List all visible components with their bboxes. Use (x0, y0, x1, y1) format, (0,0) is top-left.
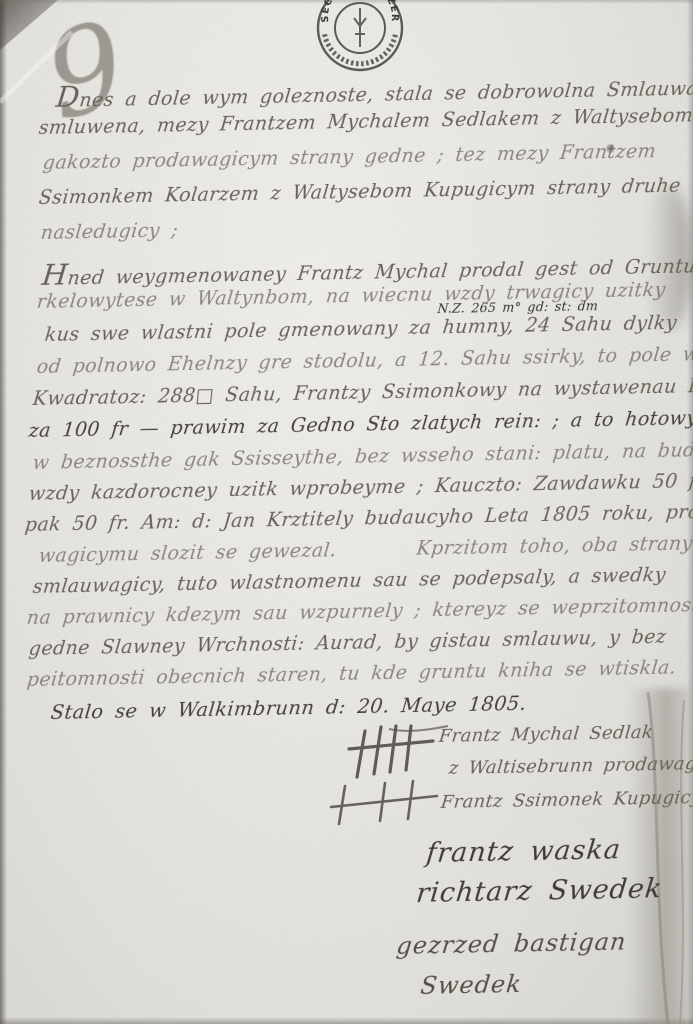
witness-signature-line: richtarz Swedek (415, 873, 664, 909)
witness-signature-line: gezrzed bastigan (395, 928, 628, 960)
buyer-signature-marks (331, 781, 437, 824)
body-line: kus swe wlastni pole gmenowany za humny,… (44, 312, 678, 346)
body-line: na prawnicy kdezym sau wzpurnely ; ktere… (26, 594, 693, 629)
body-line: wagicymu slozit se gewezal. Kprzitom toh… (38, 532, 693, 567)
body-line: Kwadratoz: 288□ Sahu, Frantzy Ssimonkowy… (32, 374, 693, 410)
stamp-emblem (354, 8, 366, 47)
page-left-edge (0, 0, 7, 1024)
body-line: Ssimonkem Kolarzem z Waltysebom Kupugicy… (38, 175, 682, 209)
body-line: peitomnosti obecnich staren, tu kde grun… (26, 657, 678, 692)
body-line: nasledugicy ; (40, 219, 180, 244)
body-line: gedne Slawney Wrchnosti: Aurad, by gista… (28, 626, 668, 660)
body-line: od polnowo Ehelnzy gre stodolu, a 12. Sa… (36, 341, 693, 378)
seller-signature-marks (349, 726, 433, 777)
page-bottom-edge (0, 1017, 693, 1024)
body-line: wzdy kazdorocney uzitk wprobeyme ; Kaucz… (28, 469, 693, 505)
body-line: pak 50 fr. Am: d: Jan Krztitely budaucyh… (24, 501, 693, 536)
sechs-kreutzer-stamp: SECHS KREUTZER (302, 0, 418, 74)
seller-signature-line: Frantz Mychal Sedlak (438, 722, 654, 747)
dateline: Stalo se w Walkimbrunn d: 20. Maye 1805. (50, 692, 528, 724)
manuscript-page: SECHS KREUTZER 9 Dnes a dole wym golezno… (0, 0, 693, 1024)
body-line: za 100 fr — prawim za Gedno Sto zlatych … (28, 406, 693, 442)
body-line: gakozto prodawagicym strany gedne ; tez … (42, 140, 657, 174)
body-line: smlauwagicy, tuto wlastnomenu sau se pod… (32, 564, 667, 598)
witness-signature-line: frantz waska (425, 834, 623, 869)
witness-signature-line: Swedek (419, 970, 523, 1000)
body-line: w beznossthe gak Ssisseythe, bez wsseho … (32, 438, 693, 474)
